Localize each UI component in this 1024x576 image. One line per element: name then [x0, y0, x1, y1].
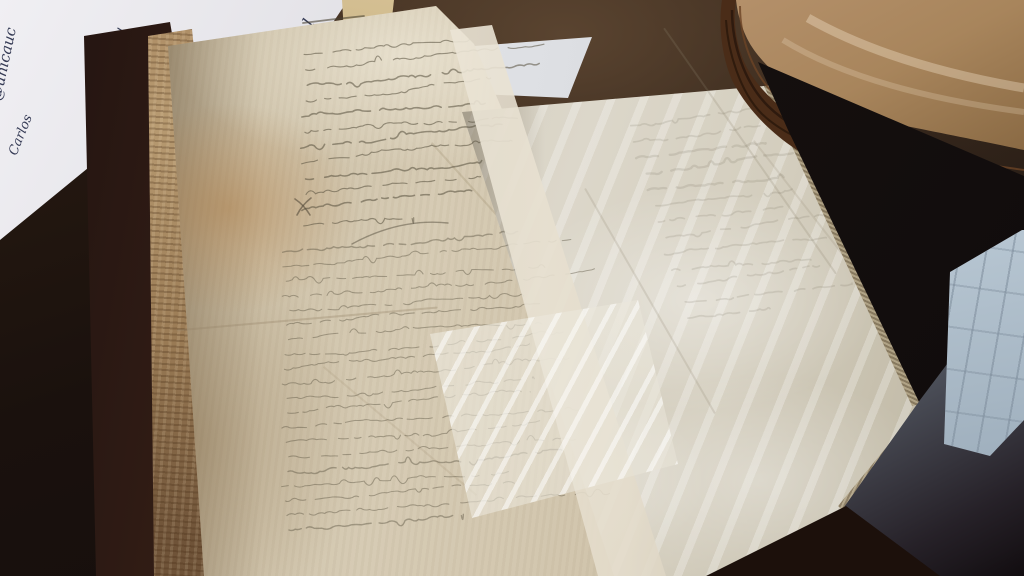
- vignette: [0, 0, 1024, 576]
- photo-of-manuscript-book: a @unicauc maqu D) l Carlos: [0, 0, 1024, 576]
